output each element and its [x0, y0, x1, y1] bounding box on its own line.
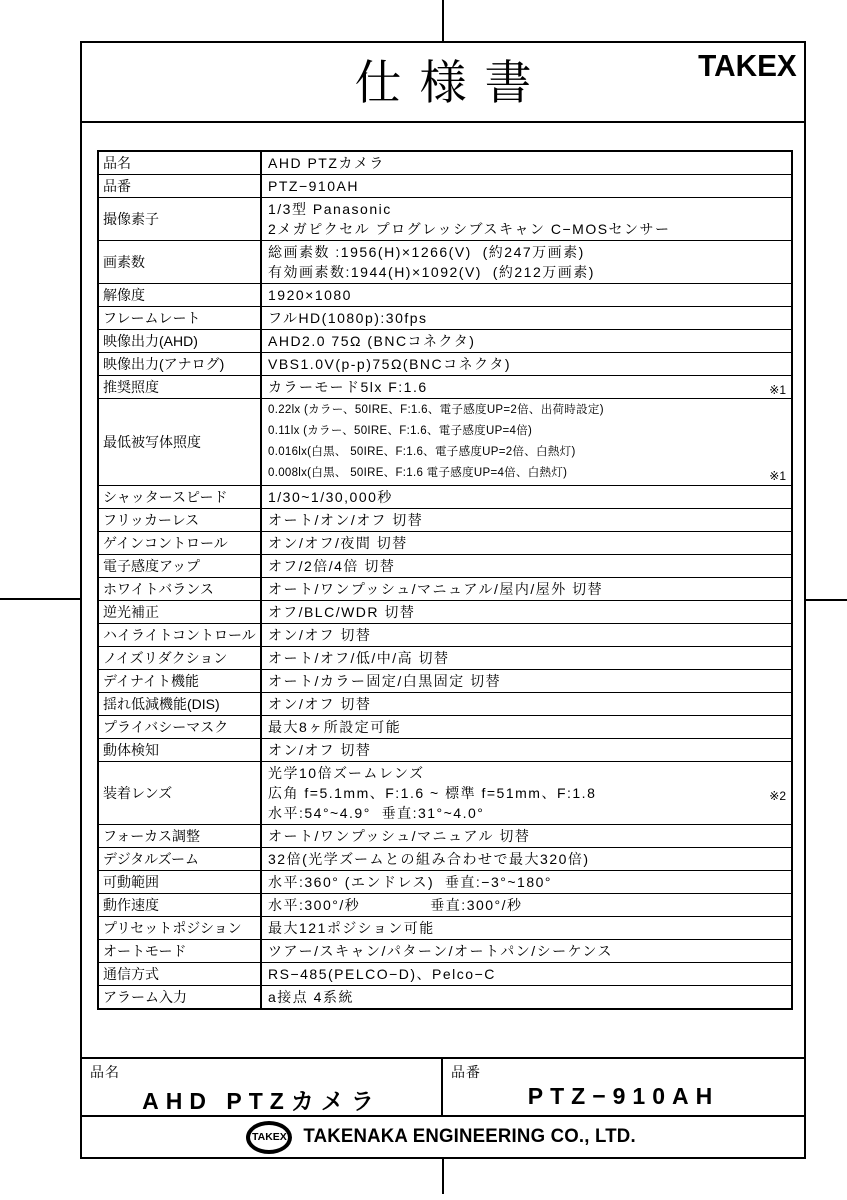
spec-value-line: 水平:300°/秒 垂直:300°/秒: [268, 895, 775, 915]
spec-row: フレームレートフルHD(1080p):30fps: [99, 306, 791, 329]
spec-row-value: オフ/2倍/4倍 切替: [262, 555, 791, 577]
spec-row: 品名AHD PTZカメラ: [99, 152, 791, 174]
spec-row-label: フレームレート: [99, 307, 262, 329]
spec-value-line: 最大121ポジション可能: [268, 918, 775, 938]
spec-value-line: オフ/BLC/WDR 切替: [268, 602, 775, 622]
spec-row-label: 動体検知: [99, 739, 262, 761]
spec-value-line: VBS1.0V(p-p)75Ω(BNCコネクタ): [268, 354, 775, 374]
takex-logo-text: TAKEX: [698, 48, 797, 84]
spec-row: 電子感度アップオフ/2倍/4倍 切替: [99, 554, 791, 577]
spec-row: デイナイト機能オート/カラー固定/白黒固定 切替: [99, 669, 791, 692]
spec-row-label: 逆光補正: [99, 601, 262, 623]
spec-value-line: 水平:54°~4.9° 垂直:31°~4.0°: [268, 803, 775, 823]
spec-value-line: オン/オフ/夜間 切替: [268, 533, 775, 553]
spec-row-value: VBS1.0V(p-p)75Ω(BNCコネクタ): [262, 353, 791, 375]
spec-row-value: オン/オフ 切替: [262, 739, 791, 761]
spec-value-line: 0.22lx (カラー、50IRE、F:1.6、電子感度UP=2倍、出荷時設定): [268, 400, 775, 421]
footer-number-value: PTZ−910AH: [451, 1083, 796, 1110]
spec-row-label: 電子感度アップ: [99, 555, 262, 577]
page-title: 仕様書: [82, 43, 804, 123]
spec-value-line: 総画素数 :1956(H)×1266(V) (約247万画素): [268, 242, 775, 262]
spec-row-value: 0.22lx (カラー、50IRE、F:1.6、電子感度UP=2倍、出荷時設定)…: [262, 399, 791, 485]
spec-row: 逆光補正オフ/BLC/WDR 切替: [99, 600, 791, 623]
spec-value-line: 水平:360° (エンドレス) 垂直:−3°~180°: [268, 872, 775, 892]
spec-row: ゲインコントロールオン/オフ/夜間 切替: [99, 531, 791, 554]
spec-row: 揺れ低減機能(DIS)オン/オフ 切替: [99, 692, 791, 715]
spec-row-value: 1/3型 Panasonic2メガピクセル プログレッシブスキャン C−MOSセ…: [262, 198, 791, 240]
spec-row-label: ゲインコントロール: [99, 532, 262, 554]
spec-row: 映像出力(アナログ)VBS1.0V(p-p)75Ω(BNCコネクタ): [99, 352, 791, 375]
spec-value-line: 0.008lx(白黒、 50IRE、F:1.6 電子感度UP=4倍、白熱灯): [268, 463, 775, 484]
footer-company-row: TAKEX TAKENAKA ENGINEERING CO., LTD.: [82, 1115, 804, 1157]
footnote-ref: ※2: [769, 786, 786, 806]
spec-row-value: PTZ−910AH: [262, 175, 791, 197]
spec-row: 画素数総画素数 :1956(H)×1266(V) (約247万画素)有効画素数:…: [99, 240, 791, 283]
spec-row-value: ツアー/スキャン/パターン/オートパン/シーケンス: [262, 940, 791, 962]
spec-row: 推奨照度カラーモード5lx F:1.6※1: [99, 375, 791, 398]
footer-name-label: 品名: [90, 1062, 433, 1082]
spec-row: フリッカーレスオート/オン/オフ 切替: [99, 508, 791, 531]
spec-value-line: RS−485(PELCO−D)、Pelco−C: [268, 964, 775, 984]
spec-value-line: 1/30~1/30,000秒: [268, 487, 775, 507]
footer-name-cell: 品名 AHD PTZカメラ: [82, 1059, 443, 1115]
spec-value-line: 32倍(光学ズームとの組み合わせで最大320倍): [268, 849, 775, 869]
spec-row: 解像度1920×1080: [99, 283, 791, 306]
spec-row-value: オート/オン/オフ 切替: [262, 509, 791, 531]
spec-row-label: フリッカーレス: [99, 509, 262, 531]
spec-row: ノイズリダクションオート/オフ/低/中/高 切替: [99, 646, 791, 669]
spec-row: 撮像素子1/3型 Panasonic2メガピクセル プログレッシブスキャン C−…: [99, 197, 791, 240]
spec-row-value: 1920×1080: [262, 284, 791, 306]
spec-value-line: 光学10倍ズームレンズ: [268, 763, 775, 783]
spec-row: 最低被写体照度0.22lx (カラー、50IRE、F:1.6、電子感度UP=2倍…: [99, 398, 791, 485]
footnote-ref: ※1: [769, 380, 786, 398]
spec-row-value: RS−485(PELCO−D)、Pelco−C: [262, 963, 791, 985]
spec-row-value: 水平:360° (エンドレス) 垂直:−3°~180°: [262, 871, 791, 893]
spec-value-line: 最大8ヶ所設定可能: [268, 717, 775, 737]
spec-row-label: 撮像素子: [99, 198, 262, 240]
spec-row: オートモードツアー/スキャン/パターン/オートパン/シーケンス: [99, 939, 791, 962]
spec-row: 動作速度水平:300°/秒 垂直:300°/秒: [99, 893, 791, 916]
spec-row: 通信方式RS−485(PELCO−D)、Pelco−C: [99, 962, 791, 985]
spec-row-value: 最大8ヶ所設定可能: [262, 716, 791, 738]
spec-row-value: 総画素数 :1956(H)×1266(V) (約247万画素)有効画素数:194…: [262, 241, 791, 283]
footer-number-label: 品番: [451, 1062, 796, 1082]
spec-value-line: オン/オフ 切替: [268, 740, 775, 760]
spec-row: 品番PTZ−910AH: [99, 174, 791, 197]
company-name: TAKENAKA ENGINEERING CO., LTD.: [304, 1126, 636, 1148]
spec-row-value: オン/オフ/夜間 切替: [262, 532, 791, 554]
spec-row-label: 品名: [99, 152, 262, 174]
spec-row-label: プリセットポジション: [99, 917, 262, 939]
spec-row: アラーム入力a接点 4系統: [99, 985, 791, 1008]
spec-row-value: カラーモード5lx F:1.6※1: [262, 376, 791, 398]
spec-value-line: オン/オフ 切替: [268, 694, 775, 714]
spec-value-line: 2メガピクセル プログレッシブスキャン C−MOSセンサー: [268, 219, 775, 239]
trim-mark-right: [806, 599, 847, 601]
spec-value-line: フルHD(1080p):30fps: [268, 308, 775, 328]
spec-row-value: 最大121ポジション可能: [262, 917, 791, 939]
spec-row-label: 映像出力(AHD): [99, 330, 262, 352]
spec-row-value: AHD PTZカメラ: [262, 152, 791, 174]
spec-row-label: 品番: [99, 175, 262, 197]
spec-row: 映像出力(AHD)AHD2.0 75Ω (BNCコネクタ): [99, 329, 791, 352]
spec-row-label: オートモード: [99, 940, 262, 962]
spec-row-label: シャッタースピード: [99, 486, 262, 508]
spec-row-value: オート/カラー固定/白黒固定 切替: [262, 670, 791, 692]
spec-row-label: デイナイト機能: [99, 670, 262, 692]
spec-value-line: オフ/2倍/4倍 切替: [268, 556, 775, 576]
spec-row-value: オン/オフ 切替: [262, 624, 791, 646]
spec-row: デジタルズーム32倍(光学ズームとの組み合わせで最大320倍): [99, 847, 791, 870]
spec-row-label: 動作速度: [99, 894, 262, 916]
spec-value-line: 広角 f=5.1mm、F:1.6 ~ 標準 f=51mm、F:1.8: [268, 783, 775, 803]
footer-number-cell: 品番 PTZ−910AH: [443, 1059, 804, 1115]
spec-row-value: オート/ワンプッシュ/マニュアル 切替: [262, 825, 791, 847]
spec-row-label: 解像度: [99, 284, 262, 306]
spec-value-line: AHD2.0 75Ω (BNCコネクタ): [268, 331, 775, 351]
spec-row-value: 32倍(光学ズームとの組み合わせで最大320倍): [262, 848, 791, 870]
spec-value-line: 0.11lx (カラー、50IRE、F:1.6、電子感度UP=4倍): [268, 421, 775, 442]
spec-row-value: a接点 4系統: [262, 986, 791, 1008]
takex-badge-icon: TAKEX: [246, 1121, 292, 1154]
spec-row-value: 光学10倍ズームレンズ広角 f=5.1mm、F:1.6 ~ 標準 f=51mm、…: [262, 762, 791, 824]
spec-value-line: カラーモード5lx F:1.6: [268, 377, 775, 397]
spec-row: プライバシーマスク最大8ヶ所設定可能: [99, 715, 791, 738]
spec-table: 品名AHD PTZカメラ品番PTZ−910AH撮像素子1/3型 Panasoni…: [97, 150, 793, 1010]
spec-row-label: ホワイトバランス: [99, 578, 262, 600]
spec-row-label: ノイズリダクション: [99, 647, 262, 669]
spec-row-label: 揺れ低減機能(DIS): [99, 693, 262, 715]
spec-row-value: オン/オフ 切替: [262, 693, 791, 715]
spec-value-line: オート/ワンプッシュ/マニュアル 切替: [268, 826, 775, 846]
spec-value-line: PTZ−910AH: [268, 176, 775, 196]
trim-mark-top: [442, 0, 444, 42]
spec-value-line: ツアー/スキャン/パターン/オートパン/シーケンス: [268, 941, 775, 961]
footnote-ref: ※1: [769, 466, 786, 485]
spec-row-label: 映像出力(アナログ): [99, 353, 262, 375]
spec-row: 動体検知オン/オフ 切替: [99, 738, 791, 761]
spec-row-value: オフ/BLC/WDR 切替: [262, 601, 791, 623]
spec-value-line: 0.016lx(白黒、 50IRE、F:1.6、電子感度UP=2倍、白熱灯): [268, 442, 775, 463]
spec-row-label: 最低被写体照度: [99, 399, 262, 485]
spec-row-value: フルHD(1080p):30fps: [262, 307, 791, 329]
spec-row: プリセットポジション最大121ポジション可能: [99, 916, 791, 939]
spec-value-line: a接点 4系統: [268, 987, 775, 1007]
spec-row-label: デジタルズーム: [99, 848, 262, 870]
spec-row-label: フォーカス調整: [99, 825, 262, 847]
spec-value-line: 有効画素数:1944(H)×1092(V) (約212万画素): [268, 262, 775, 282]
spec-row: シャッタースピード1/30~1/30,000秒: [99, 485, 791, 508]
spec-row-value: オート/オフ/低/中/高 切替: [262, 647, 791, 669]
spec-row-value: 1/30~1/30,000秒: [262, 486, 791, 508]
spec-value-line: オート/オフ/低/中/高 切替: [268, 648, 775, 668]
spec-row: 装着レンズ光学10倍ズームレンズ広角 f=5.1mm、F:1.6 ~ 標準 f=…: [99, 761, 791, 824]
spec-row-label: 推奨照度: [99, 376, 262, 398]
spec-value-line: AHD PTZカメラ: [268, 153, 775, 173]
spec-value-line: オート/カラー固定/白黒固定 切替: [268, 671, 775, 691]
spec-row-label: 可動範囲: [99, 871, 262, 893]
spec-value-line: オン/オフ 切替: [268, 625, 775, 645]
spec-row-label: プライバシーマスク: [99, 716, 262, 738]
spec-sheet-frame: 仕様書 TAKEX 品名AHD PTZカメラ品番PTZ−910AH撮像素子1/3…: [80, 41, 806, 1159]
spec-row-label: アラーム入力: [99, 986, 262, 1008]
spec-row-label: 画素数: [99, 241, 262, 283]
spec-row: フォーカス調整オート/ワンプッシュ/マニュアル 切替: [99, 824, 791, 847]
spec-row: ホワイトバランスオート/ワンプッシュ/マニュアル/屋内/屋外 切替: [99, 577, 791, 600]
trim-mark-bottom: [442, 1159, 444, 1194]
spec-value-line: オート/ワンプッシュ/マニュアル/屋内/屋外 切替: [268, 579, 775, 599]
spec-value-line: 1920×1080: [268, 285, 775, 305]
spec-row-value: 水平:300°/秒 垂直:300°/秒: [262, 894, 791, 916]
footer-product-row: 品名 AHD PTZカメラ 品番 PTZ−910AH: [82, 1057, 804, 1115]
trim-mark-left: [0, 598, 80, 600]
spec-row-value: AHD2.0 75Ω (BNCコネクタ): [262, 330, 791, 352]
spec-row-label: ハイライトコントロール: [99, 624, 262, 646]
spec-row-label: 装着レンズ: [99, 762, 262, 824]
title-bar: 仕様書 TAKEX: [82, 43, 804, 123]
spec-row-value: オート/ワンプッシュ/マニュアル/屋内/屋外 切替: [262, 578, 791, 600]
footer-name-value: AHD PTZカメラ: [90, 1083, 433, 1116]
spec-value-line: 1/3型 Panasonic: [268, 199, 775, 219]
spec-row-label: 通信方式: [99, 963, 262, 985]
spec-row: 可動範囲水平:360° (エンドレス) 垂直:−3°~180°: [99, 870, 791, 893]
spec-value-line: オート/オン/オフ 切替: [268, 510, 775, 530]
spec-row: ハイライトコントロールオン/オフ 切替: [99, 623, 791, 646]
